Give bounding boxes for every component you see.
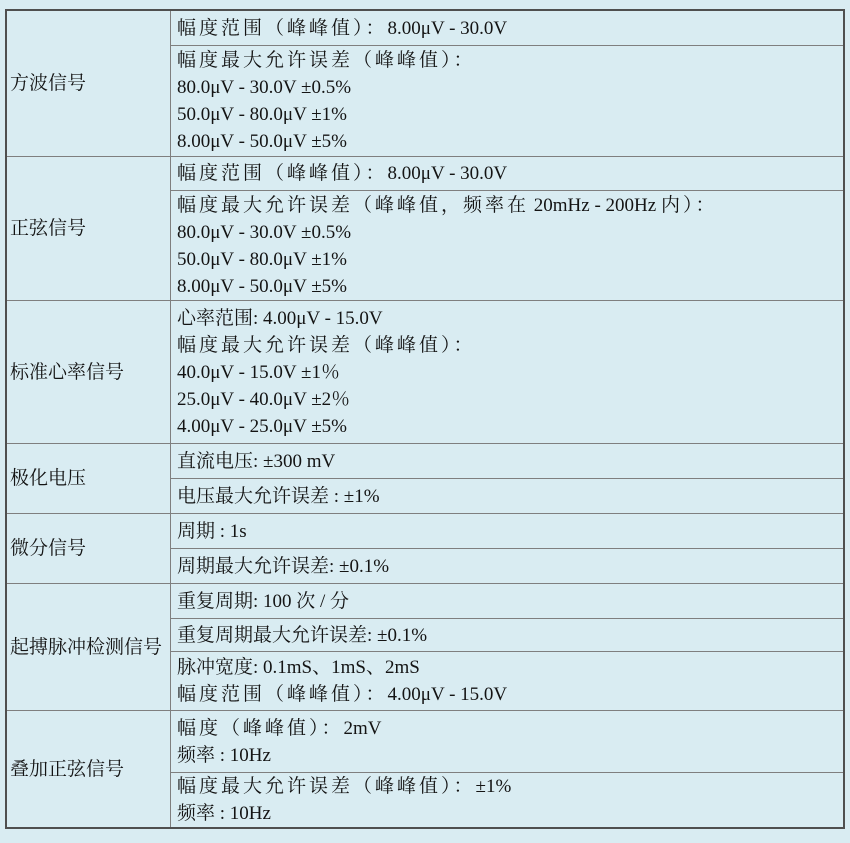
spec-text-zh: 幅度范围（峰峰值）： bbox=[177, 18, 388, 39]
spec-cell-sine-amplitude-range: 幅度范围（峰峰值）：8.00μV - 30.0V bbox=[171, 157, 843, 190]
spec-cell-square-amplitude-range: 幅度范围（峰峰值）：8.00μV - 30.0V bbox=[171, 11, 843, 45]
spec-text: 25.0μV - 40.0μV ±2％ bbox=[177, 389, 350, 410]
spec-line: 幅度范围（峰峰值）：4.00μV - 15.0V bbox=[177, 681, 843, 708]
spec-text: 重复周期: 100 次 / 分 bbox=[177, 591, 349, 612]
spec-text-zh: 幅度最大允许误差（峰峰值）： bbox=[177, 335, 476, 356]
spec-cell-repeat-period: 重复周期: 100 次 / 分 bbox=[171, 584, 843, 618]
spec-line: 40.0μV - 15.0V ±1％ bbox=[177, 359, 843, 386]
spec-text: 50.0μV - 80.0μV ±1% bbox=[177, 104, 347, 125]
spec-line: 8.00μV - 50.0μV ±5% bbox=[177, 128, 843, 155]
spec-line: 心率范围: 4.00μV - 15.0V bbox=[177, 305, 843, 332]
spec-text: 电压最大允许误差 : ±1% bbox=[177, 486, 380, 507]
spec-cell-dc-voltage: 直流电压: ±300 mV bbox=[171, 444, 843, 478]
spec-line: 80.0μV - 30.0V ±0.5% bbox=[177, 219, 843, 246]
row-label-differential-signal: 微分信号 bbox=[7, 514, 170, 583]
spec-text: 8.00μV - 50.0μV ±5% bbox=[177, 131, 347, 152]
spec-text: 8.00μV - 50.0μV ±5% bbox=[177, 276, 347, 297]
spec-text: 脉冲宽度: 0.1mS、1mS、2mS bbox=[177, 657, 420, 678]
spec-cell-square-amplitude-error: 幅度最大允许误差（峰峰值）： 80.0μV - 30.0V ±0.5% 50.0… bbox=[171, 46, 843, 156]
spec-cell-superimposed-amplitude-error: 幅度最大允许误差（峰峰值）：±1% 频率 : 10Hz bbox=[171, 773, 843, 827]
spec-line: 幅度最大允许误差（峰峰值）： bbox=[177, 332, 843, 359]
spec-line: 幅度最大允许误差（峰峰值）： bbox=[177, 47, 843, 74]
spec-text: 20mHz - 200Hz bbox=[534, 195, 656, 216]
spec-text-zh: 幅度范围（峰峰值）： bbox=[177, 163, 388, 184]
spec-cell-period-error: 周期最大允许误差: ±0.1% bbox=[171, 549, 843, 583]
spec-text-zh: 幅度最大允许误差（峰峰值）： bbox=[177, 776, 476, 797]
spec-line: 幅度范围（峰峰值）：8.00μV - 30.0V bbox=[177, 15, 843, 42]
spec-text: 周期 : 1s bbox=[177, 521, 247, 542]
row-label-sine-wave-signal: 正弦信号 bbox=[7, 157, 170, 300]
spec-text: 重复周期最大允许误差: ±0.1% bbox=[177, 625, 427, 646]
spec-text: ±1% bbox=[476, 776, 512, 797]
row-label-standard-heart-rate-signal: 标准心率信号 bbox=[7, 301, 170, 443]
spec-text: 频率 : 10Hz bbox=[177, 803, 271, 824]
spec-text: 4.00μV - 25.0μV ±5% bbox=[177, 416, 347, 437]
spec-line: 80.0μV - 30.0V ±0.5% bbox=[177, 74, 843, 101]
spec-text: 40.0μV - 15.0V ±1％ bbox=[177, 362, 340, 383]
spec-line: 幅度最大允许误差（峰峰值）：±1% bbox=[177, 773, 843, 800]
spec-text: 心率范围: 4.00μV - 15.0V bbox=[177, 308, 383, 329]
spec-cell-period: 周期 : 1s bbox=[171, 514, 843, 548]
row-label-pacing-pulse-detect-signal: 起搏脉冲检测信号 bbox=[7, 584, 170, 710]
spec-line: 幅度（峰峰值）：2mV bbox=[177, 715, 843, 742]
spec-text: 4.00μV - 15.0V bbox=[388, 684, 508, 705]
spec-line: 频率 : 10Hz bbox=[177, 800, 843, 827]
spec-text: 直流电压: ±300 mV bbox=[177, 451, 335, 472]
spec-line: 重复周期: 100 次 / 分 bbox=[177, 588, 843, 615]
spec-line: 25.0μV - 40.0μV ±2％ bbox=[177, 386, 843, 413]
spec-text-zh: 内）： bbox=[661, 195, 718, 216]
spec-text: 8.00μV - 30.0V bbox=[388, 18, 508, 39]
spec-text: 周期最大允许误差: ±0.1% bbox=[177, 556, 389, 577]
spec-line: 电压最大允许误差 : ±1% bbox=[177, 483, 843, 510]
spec-text: 8.00μV - 30.0V bbox=[388, 163, 508, 184]
spec-text-zh: 幅度最大允许误差（峰峰值）： bbox=[177, 50, 476, 71]
spec-line: 脉冲宽度: 0.1mS、1mS、2mS bbox=[177, 654, 843, 681]
spec-text: 80.0μV - 30.0V ±0.5% bbox=[177, 222, 351, 243]
spec-text-zh: 幅度最大允许误差（峰峰值，频率在 bbox=[177, 195, 529, 216]
row-label-square-wave-signal: 方波信号 bbox=[7, 11, 170, 156]
spec-line: 重复周期最大允许误差: ±0.1% bbox=[177, 622, 843, 649]
spec-line: 50.0μV - 80.0μV ±1% bbox=[177, 246, 843, 273]
spec-cell-voltage-error: 电压最大允许误差 : ±1% bbox=[171, 479, 843, 513]
row-label-superimposed-sine-signal: 叠加正弦信号 bbox=[7, 711, 170, 827]
spec-text-zh: 幅度（峰峰值）： bbox=[177, 718, 344, 739]
spec-text: 50.0μV - 80.0μV ±1% bbox=[177, 249, 347, 270]
spec-text: 2mV bbox=[344, 718, 382, 739]
spec-line: 幅度最大允许误差（峰峰值，频率在 20mHz - 200Hz 内）： bbox=[177, 192, 843, 219]
spec-text-zh: 幅度范围（峰峰值）： bbox=[177, 684, 388, 705]
spec-line: 幅度范围（峰峰值）：8.00μV - 30.0V bbox=[177, 160, 843, 187]
spec-line: 周期 : 1s bbox=[177, 518, 843, 545]
spec-text: 频率 : 10Hz bbox=[177, 745, 271, 766]
row-label-polarization-voltage: 极化电压 bbox=[7, 444, 170, 513]
spec-text: 80.0μV - 30.0V ±0.5% bbox=[177, 77, 351, 98]
spec-line: 直流电压: ±300 mV bbox=[177, 448, 843, 475]
spec-line: 8.00μV - 50.0μV ±5% bbox=[177, 273, 843, 300]
spec-cell-sine-amplitude-error: 幅度最大允许误差（峰峰值，频率在 20mHz - 200Hz 内）： 80.0μ… bbox=[171, 191, 843, 300]
spec-cell-repeat-period-error: 重复周期最大允许误差: ±0.1% bbox=[171, 619, 843, 651]
spec-line: 频率 : 10Hz bbox=[177, 742, 843, 769]
spec-cell-pulse-width-amplitude: 脉冲宽度: 0.1mS、1mS、2mS 幅度范围（峰峰值）：4.00μV - 1… bbox=[171, 652, 843, 710]
spec-cell-superimposed-amplitude: 幅度（峰峰值）：2mV 频率 : 10Hz bbox=[171, 711, 843, 772]
spec-line: 50.0μV - 80.0μV ±1% bbox=[177, 101, 843, 128]
spec-cell-heart-rate: 心率范围: 4.00μV - 15.0V 幅度最大允许误差（峰峰值）： 40.0… bbox=[171, 301, 843, 443]
spec-line: 周期最大允许误差: ±0.1% bbox=[177, 553, 843, 580]
signal-spec-table: 方波信号 正弦信号 标准心率信号 极化电压 微分信号 起搏脉冲检测信号 叠加正弦… bbox=[5, 9, 845, 829]
spec-line: 4.00μV - 25.0μV ±5% bbox=[177, 413, 843, 440]
